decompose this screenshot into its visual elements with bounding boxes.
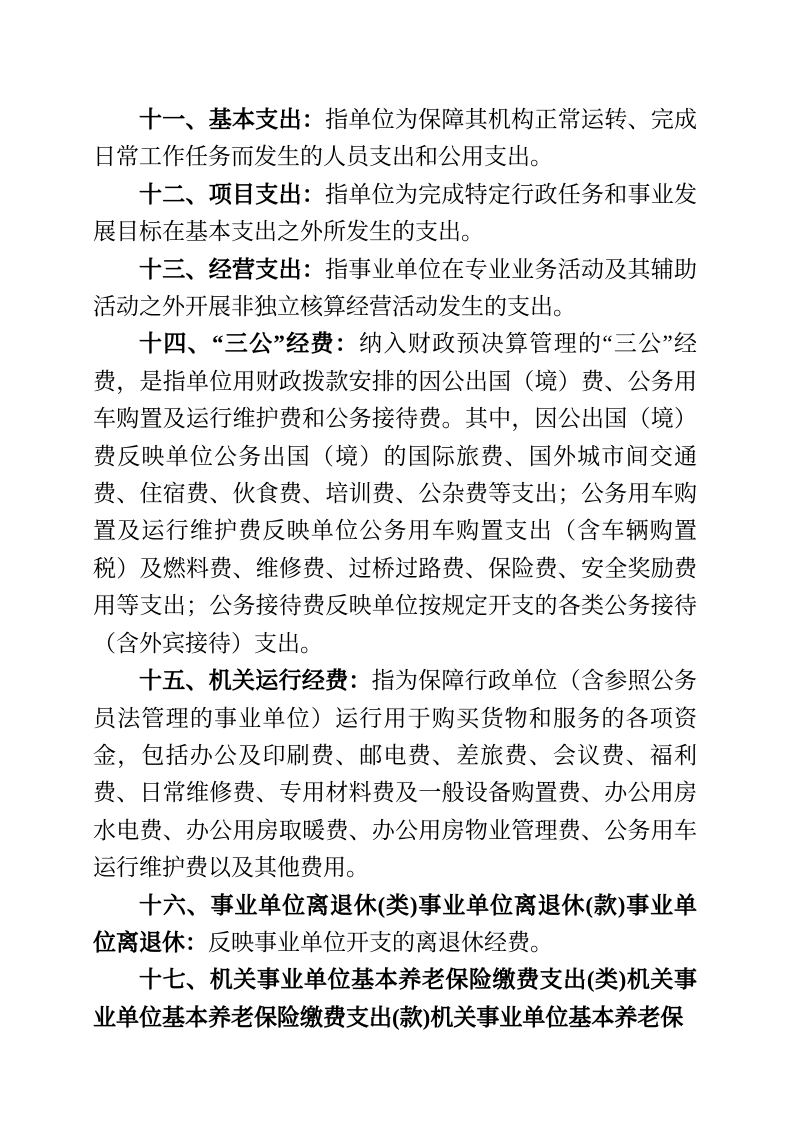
term-label: 十五、机关运行经费： — [139, 668, 372, 693]
document-body: 十一、基本支出：指单位为保障其机构正常运转、完成日常工作任务而发生的人员支出和公… — [93, 101, 697, 1036]
term-definition: 指为保障行政单位（含参照公务员法管理的事业单位）运行用于购买货物和服务的各项资金… — [93, 668, 697, 880]
definition-paragraph-retirement-expenditure: 十六、事业单位离退休(类)事业单位离退休(款)事业单位离退休：反映事业单位开支的… — [93, 887, 697, 962]
definition-paragraph-agency-operation-funds: 十五、机关运行经费：指为保障行政单位（含参照公务员法管理的事业单位）运行用于购买… — [93, 662, 697, 886]
definition-paragraph-basic-expenditure: 十一、基本支出：指单位为保障其机构正常运转、完成日常工作任务而发生的人员支出和公… — [93, 101, 697, 176]
definition-paragraph-project-expenditure: 十二、项目支出：指单位为完成特定行政任务和事业发展目标在基本支出之外所发生的支出… — [93, 176, 697, 251]
term-label: 十三、经营支出： — [139, 257, 325, 282]
term-label: 十一、基本支出： — [139, 107, 325, 132]
term-label: 十四、“三公”经费： — [139, 331, 359, 356]
definition-paragraph-three-public-funds: 十四、“三公”经费：纳入财政预决算管理的“三公”经费，是指单位用财政拨款安排的因… — [93, 325, 697, 662]
document-page: 十一、基本支出：指单位为保障其机构正常运转、完成日常工作任务而发生的人员支出和公… — [0, 0, 793, 1122]
term-label: 十二、项目支出： — [139, 182, 325, 207]
term-label: 十七、机关事业单位基本养老保险缴费支出(类)机关事业单位基本养老保险缴费支出(款… — [93, 967, 697, 1029]
definition-paragraph-pension-contribution: 十七、机关事业单位基本养老保险缴费支出(类)机关事业单位基本养老保险缴费支出(款… — [93, 961, 697, 1036]
term-definition: 纳入财政预决算管理的“三公”经费，是指单位用财政拨款安排的因公出国（境）费、公务… — [93, 331, 697, 655]
term-definition: 反映事业单位开支的离退休经费。 — [208, 930, 553, 955]
definition-paragraph-operating-expenditure: 十三、经营支出：指事业单位在专业业务活动及其辅助活动之外开展非独立核算经营活动发… — [93, 251, 697, 326]
